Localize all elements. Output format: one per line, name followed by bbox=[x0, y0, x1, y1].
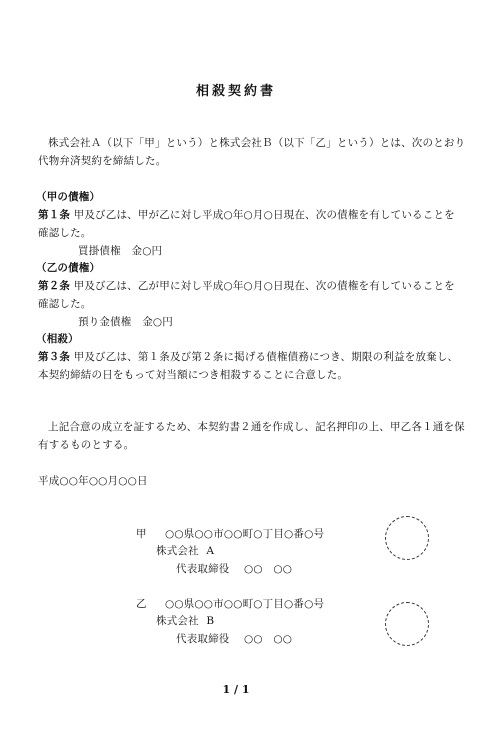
party-b-company-prefix: 株式会社 bbox=[156, 615, 199, 627]
party-b-role: 代表取締役 bbox=[176, 632, 230, 646]
article-1-line-1: 第１条 甲及び乙は、甲が乙に対し平成○年○月○日現在、次の債権を有していることを bbox=[38, 208, 455, 222]
article-1-line-2: 確認した。 bbox=[38, 226, 92, 240]
document-title: 相殺契約書 bbox=[0, 80, 472, 99]
section-3-heading: （相殺） bbox=[36, 332, 79, 346]
article-1-label: 第１条 bbox=[38, 209, 70, 221]
article-3-line-2: 本契約締結の日をもって対当額につき相殺することに合意した。 bbox=[38, 368, 348, 382]
party-a-rep-name: ○○ ○○ bbox=[244, 562, 292, 576]
party-b-company-letter: B bbox=[206, 615, 214, 627]
party-b-address: ○○県○○市○○町○丁目○番○号 bbox=[165, 597, 324, 611]
section-1-heading: （甲の債権） bbox=[36, 190, 100, 204]
article-1-item: 買掛債権 金○円 bbox=[78, 244, 162, 258]
contract-date: 平成○○年○○月○○日 bbox=[38, 474, 148, 488]
preamble-line-2: 代物弁済契約を締結した。 bbox=[38, 154, 166, 168]
party-a-company: 株式会社 A bbox=[156, 544, 214, 558]
page-indicator: 1 / 1 bbox=[0, 683, 472, 696]
party-a-label: 甲 bbox=[136, 527, 147, 541]
party-a-role: 代表取締役 bbox=[176, 562, 230, 576]
section-2-heading: （乙の債権） bbox=[36, 261, 100, 275]
party-a-company-letter: A bbox=[206, 545, 214, 557]
article-3-line-1: 第３条 甲及び乙は、第１条及び第２条に掲げる債権債務につき、期限の利益を放棄し、 bbox=[38, 350, 458, 364]
article-3-text: 甲及び乙は、第１条及び第２条に掲げる債権債務につき、期限の利益を放棄し、 bbox=[74, 351, 459, 363]
preamble-line-1: 株式会社Ａ（以下「甲」という）と株式会社Ｂ（以下「乙」という）とは、次のとおり bbox=[48, 136, 465, 150]
article-3-label: 第３条 bbox=[38, 351, 70, 363]
closing-line-1: 上記合意の成立を証するため、本契約書２通を作成し、記名押印の上、甲乙各１通を保 bbox=[48, 420, 465, 434]
party-a-address: ○○県○○市○○町○丁目○番○号 bbox=[165, 527, 324, 541]
party-a-company-prefix: 株式会社 bbox=[156, 545, 199, 557]
party-a-seal-circle-icon bbox=[385, 516, 429, 560]
party-b-rep-name: ○○ ○○ bbox=[244, 632, 292, 646]
article-2-line-1: 第２条 甲及び乙は、乙が甲に対し平成○年○月○日現在、次の債権を有していることを bbox=[38, 279, 455, 293]
article-1-text: 甲及び乙は、甲が乙に対し平成○年○月○日現在、次の債権を有していることを bbox=[74, 209, 455, 221]
article-2-line-2: 確認した。 bbox=[38, 297, 92, 311]
article-2-label: 第２条 bbox=[38, 280, 70, 292]
party-b-company: 株式会社 B bbox=[156, 614, 214, 628]
party-b-label: 乙 bbox=[136, 597, 147, 611]
article-2-item: 預り金債権 金○円 bbox=[78, 315, 173, 329]
article-2-text: 甲及び乙は、乙が甲に対し平成○年○月○日現在、次の債権を有していることを bbox=[74, 280, 455, 292]
closing-line-2: 有するものとする。 bbox=[38, 438, 134, 452]
party-b-seal-circle-icon bbox=[385, 602, 429, 646]
